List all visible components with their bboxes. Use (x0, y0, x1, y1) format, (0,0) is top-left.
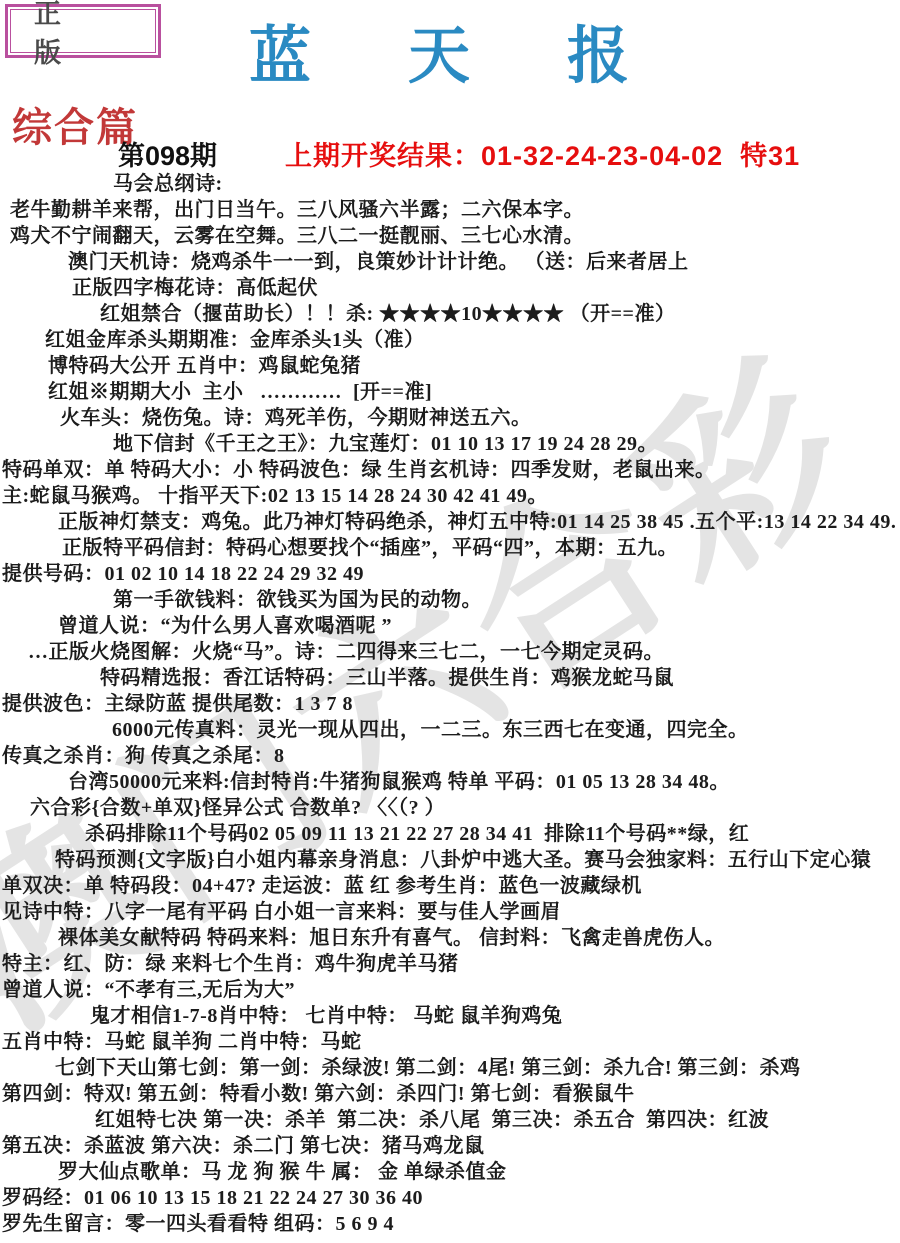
content-line: 单双决：单 特码段：04+47? 走运波：蓝 红 参考生肖：蓝色一波藏绿机 (0, 873, 900, 899)
content-line: 七剑下天山第七剑：第一剑：杀绿波! 第二剑：4尾! 第三剑：杀九合! 第三剑：杀… (0, 1055, 900, 1081)
content-line: 六合彩{合数+单双}怪异公式 合数单? 〈〈（? ） (0, 795, 900, 821)
content-line: 提供波色：主绿防蓝 提供尾数：1 3 7 8 (0, 691, 900, 717)
content-line: 罗先生留言：零一四头看看特 组码：5 6 9 4 (0, 1211, 900, 1237)
issue-row: 第098期 上期开奖结果：01-32-24-23-04-02 特31 (0, 134, 900, 206)
content-line: 火车头：烧伤兔。诗：鸡死羊伤，今期财神送五六。 (0, 405, 900, 431)
content-line: 红姐金库杀头期期准：金库杀头1头（准） (0, 327, 900, 353)
content-line: 提供号码：01 02 10 14 18 22 24 29 32 49 (0, 561, 900, 587)
content-line: 第四剑：特双! 第五剑：特看小数! 第六剑：杀四门! 第七剑：看猴鼠牛 (0, 1081, 900, 1107)
content-line: 杀码排除11个号码02 05 09 11 13 21 22 27 28 34 4… (0, 821, 900, 847)
newspaper-page: 澳门六合彩 正 版 蓝 天 报 综合篇 第098期 上期开奖结果：01-32-2… (0, 0, 900, 1243)
content-line: 正版四字梅花诗：高低起伏 (0, 275, 900, 301)
content-line: 博特码大公开 五肖中：鸡鼠蛇兔猪 (0, 353, 900, 379)
content-line: 曾道人说：“不孝有三,无后为大” (0, 977, 900, 1003)
content-line: 鸡犬不宁闹翻天，云雾在空舞。三八二一挺靓丽、三七心水清。 (0, 223, 900, 249)
content-line: 鬼才相信1-7-8肖中特： 七肖中特： 马蛇 鼠羊狗鸡兔 (0, 1003, 900, 1029)
content-line: 罗码经：01 06 10 13 15 18 21 22 24 27 30 36 … (0, 1185, 900, 1211)
content-line: 主:蛇鼠马猴鸡。 十指平天下:02 13 15 14 28 24 30 42 4… (0, 483, 900, 509)
content-line: 第五决：杀蓝波 第六决：杀二门 第七决：猪马鸡龙鼠 (0, 1133, 900, 1159)
content-line: 台湾50000元来料:信封特肖:牛猪狗鼠猴鸡 特单 平码：01 05 13 28… (0, 769, 900, 795)
content-line: 红姐※期期大小 主小 ………… [开==准] (0, 379, 900, 405)
content-line: 地下信封《千王之王》：九宝莲灯：01 10 13 17 19 24 28 29。 (0, 431, 900, 457)
content-line: 澳门天机诗：烧鸡杀牛一一到，良策妙计计计绝。 （送：后来者居上 (0, 249, 900, 275)
content-line: 曾道人说：“为什么男人喜欢喝酒呢 ” (0, 613, 900, 639)
content-line: 特码预测{文字版}白小姐内幕亲身消息：八卦炉中逃大圣。赛马会独家料：五行山下定心… (0, 847, 900, 873)
issue-number: 第098期 (118, 134, 217, 173)
content-lines: 马会总纲诗:老牛勤耕羊来帮，出门日当午。三八风骚六半露；二六保本字。鸡犬不宁闹翻… (0, 171, 900, 1237)
content-line: 裸体美女献特码 特码来料：旭日东升有喜气。 信封料：飞禽走兽虎伤人。 (0, 925, 900, 951)
previous-draw-result: 上期开奖结果：01-32-24-23-04-02 特31 (285, 134, 800, 173)
content-line: 特码单双：单 特码大小：小 特码波色：绿 生肖玄机诗：四季发财，老鼠出来。 (0, 457, 900, 483)
content-line: 特主：红、防：绿 来料七个生肖：鸡牛狗虎羊马猪 (0, 951, 900, 977)
content-line: 罗大仙点歌单：马 龙 狗 猴 牛 属： 金 单绿杀值金 (0, 1159, 900, 1185)
content-line: 6000元传真料：灵光一现从四出，一二三。东三西七在变通，四完全。 (0, 717, 900, 743)
content-line: 红姐特七决 第一决：杀羊 第二决：杀八尾 第三决：杀五合 第四决：红波 (0, 1107, 900, 1133)
content-line: 见诗中特：八字一尾有平码 白小姐一言来料：要与佳人学画眉 (0, 899, 900, 925)
content-line: 五肖中特：马蛇 鼠羊狗 二肖中特：马蛇 (0, 1029, 900, 1055)
content-line: …正版火烧图解：火烧“马”。诗：二四得来三七二，一七今期定灵码。 (0, 639, 900, 665)
content-line: 特码精选报：香江话特码：三山半落。提供生肖：鸡猴龙蛇马鼠 (0, 665, 900, 691)
authentic-edition-badge: 正 版 (5, 4, 161, 58)
badge-label: 正 版 (8, 0, 158, 70)
content-line: 正版神灯禁支：鸡兔。此乃神灯特码绝杀，神灯五中特:01 14 25 38 45 … (0, 509, 900, 535)
content-line: 传真之杀肖：狗 传真之杀尾：8 (0, 743, 900, 769)
content-line: 正版特平码信封：特码心想要找个“插座”，平码“四”，本期：五九。 (0, 535, 900, 561)
content-line: 第一手欲钱料：欲钱买为国为民的动物。 (0, 587, 900, 613)
content-line: 红姐禁合（揠苗助长）！！杀: ★★★★10★★★★ （开==准） (0, 301, 900, 327)
